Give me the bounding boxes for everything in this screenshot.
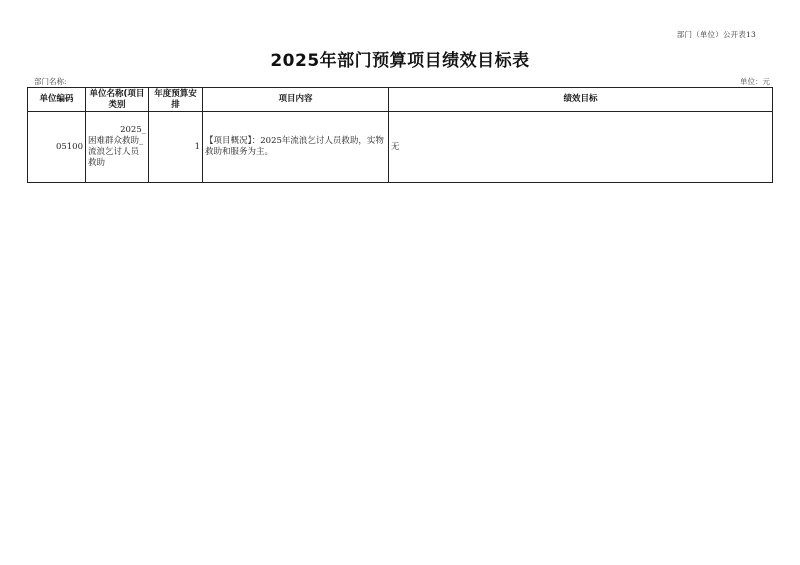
department-name-label: 部门名称: xyxy=(34,76,67,87)
currency-unit-label: 单位：元 xyxy=(740,76,770,87)
unit-code-cell: 05100 xyxy=(28,112,86,183)
unit-name-text: 困难群众救助_流浪乞讨人员救助 xyxy=(88,136,143,168)
performance-goal-cell: 无 xyxy=(389,112,773,183)
header-project-content: 项目内容 xyxy=(203,88,389,112)
annual-budget-cell: 1 xyxy=(149,112,203,183)
form-number-label: 部门（单位）公开表13 xyxy=(677,29,756,40)
header-performance-goal: 绩效目标 xyxy=(389,88,773,112)
page-title: 2025年部门预算项目绩效目标表 xyxy=(0,46,800,71)
unit-name-prefix: 2025_ xyxy=(88,125,146,136)
table-header-row: 单位编码 单位名称(项目类别 年度预算安排 项目内容 绩效目标 xyxy=(28,88,773,112)
header-unit-code: 单位编码 xyxy=(28,88,86,112)
unit-name-cell: 2025_ 困难群众救助_流浪乞讨人员救助 xyxy=(86,112,149,183)
table-row: 05100 2025_ 困难群众救助_流浪乞讨人员救助 1 【项目概况】：202… xyxy=(28,112,773,183)
header-annual-budget: 年度预算安排 xyxy=(149,88,203,112)
project-content-cell: 【项目概况】：2025年流浪乞讨人员救助，实物救助和服务为主。 xyxy=(203,112,389,183)
performance-goals-table: 单位编码 单位名称(项目类别 年度预算安排 项目内容 绩效目标 05100 20… xyxy=(27,87,773,183)
header-unit-name: 单位名称(项目类别 xyxy=(86,88,149,112)
